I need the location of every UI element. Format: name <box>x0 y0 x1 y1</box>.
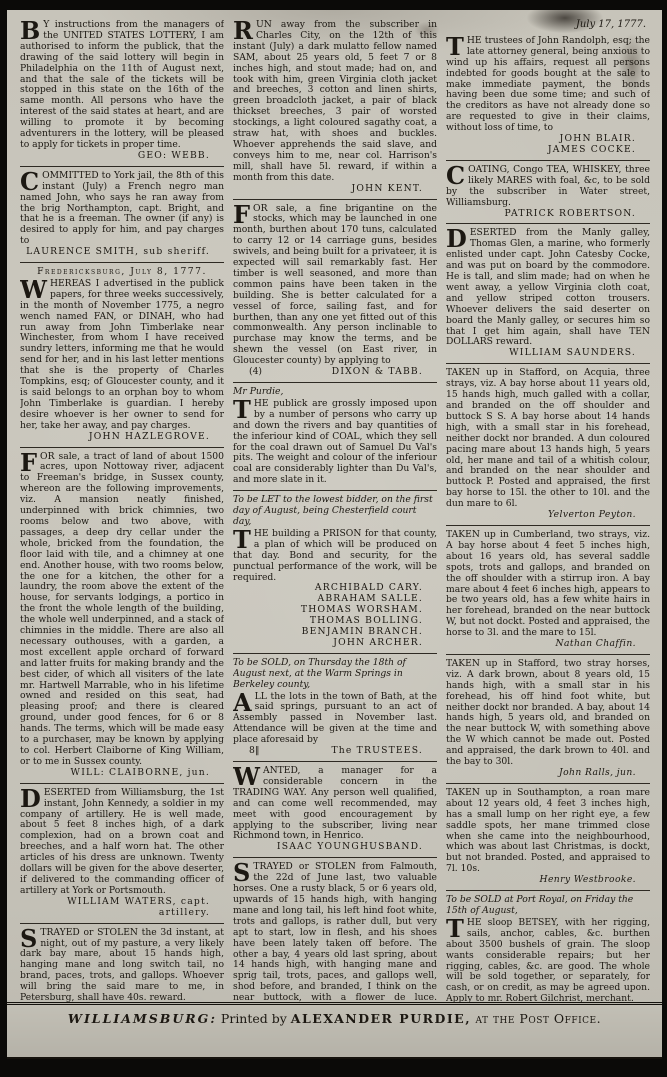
ad: To be LET to the lowest bidder, on the f… <box>233 490 437 652</box>
drop-cap: S <box>20 928 40 949</box>
ad-heading: Mr Purdie, <box>233 387 437 398</box>
drop-cap: T <box>233 529 254 550</box>
drop-cap: R <box>233 20 256 41</box>
ad-signature: WILLIAM WATERS, capt. artillery. <box>20 897 224 919</box>
ad-body: ALL the lots in the town of Bath, at the… <box>233 692 437 747</box>
ad-signature: LAURENCE SMITH, sub sheriff. <box>20 247 224 258</box>
ad-body: COATING, Congo TEA, WHISKEY, three likel… <box>446 165 650 209</box>
ad-signature: (4)DIXON & TABB. <box>233 367 437 378</box>
ad-body: THE publick are grossly imposed upon by … <box>233 399 437 486</box>
ad-signature: Nathan Chaffin. <box>446 639 650 650</box>
ad-signature: 8‖The TRUSTEES. <box>233 746 437 757</box>
imprint-printer-name: ALEXANDER PURDIE, <box>291 1011 471 1026</box>
ad-body: DESERTED from Williamsburg, the 1st inst… <box>20 788 224 897</box>
ad-signature: Yelverton Peyton. <box>446 510 650 521</box>
drop-cap: C <box>446 165 468 186</box>
ad: STRAYED or STOLEN the 3d instant, at nig… <box>20 923 224 1008</box>
ad-body: THE building a PRISON for that county, a… <box>233 529 437 584</box>
ad-body: TAKEN up in Stafford, two stray horses, … <box>446 659 650 768</box>
ad-signature: JAMES COCKE. <box>446 145 650 156</box>
drop-cap: T <box>233 399 254 420</box>
ad-body: TAKEN up in Stafford, on Acquia, three s… <box>446 368 650 510</box>
ad-signature: WILLIAM SAUNDERS. <box>446 348 650 359</box>
ad-signature: PATRICK ROBERTSON. <box>446 209 650 220</box>
ad-signature: GEO: WEBB. <box>20 151 224 162</box>
ad-signature: JOHN ARCHER. <box>233 638 437 649</box>
column-2: RUN away from the subscriber in Charles … <box>233 18 437 1008</box>
column-3: July 17, 1777.THE trustees of John Rando… <box>446 18 650 1008</box>
ad: To be SOLD at Port Royal, on Friday the … <box>446 890 650 1008</box>
ad-body: WANTED, a manager for a considerable con… <box>233 766 437 842</box>
ad: To be SOLD, on Thursday the 18th of Augu… <box>233 653 437 760</box>
ad-body: THE sloop BETSEY, with her rigging, sail… <box>446 918 650 1005</box>
ad-body: FOR sale, a tract of land of about 1500 … <box>20 452 224 768</box>
ad-heading: To be LET to the lowest bidder, on the f… <box>233 495 437 528</box>
ad: COATING, Congo TEA, WHISKEY, three likel… <box>446 160 650 223</box>
drop-cap: W <box>20 279 50 300</box>
drop-cap: B <box>20 20 43 41</box>
ad-body: TAKEN up in Cumberland, two strays, viz.… <box>446 530 650 639</box>
paper-sheet: BY instructions from the managers of the… <box>7 10 662 1059</box>
ad-heading: Fredericksburg, July 8, 1777. <box>20 267 224 278</box>
drop-cap: T <box>446 36 467 57</box>
ad: STRAYED or STOLEN from Falmouth, the 22d… <box>233 857 437 1008</box>
drop-cap: W <box>233 766 263 787</box>
ad-body: COMMITTED to York jail, the 8th of this … <box>20 171 224 247</box>
ad: DESERTED from Williamsburg, the 1st inst… <box>20 783 224 922</box>
newspaper-page: BY instructions from the managers of the… <box>0 0 667 1077</box>
imprint-printed-by: Printed by <box>217 1011 291 1026</box>
drop-cap: A <box>233 692 255 713</box>
ad-signature: JOHN HAZLEGROVE. <box>20 432 224 443</box>
ad-body: BY instructions from the managers of the… <box>20 20 224 151</box>
imprint-line: WILLIAMSBURG: Printed by ALEXANDER PURDI… <box>7 1002 662 1059</box>
ad-signature: JOHN KENT. <box>233 184 437 195</box>
signature-note: (4) <box>233 367 262 378</box>
ad: BY instructions from the managers of the… <box>20 18 224 165</box>
ad-heading: To be SOLD, on Thursday the 18th of Augu… <box>233 658 437 691</box>
drop-cap: T <box>446 918 467 939</box>
ad: THE trustees of John Randolph, esq; the … <box>446 34 650 159</box>
columns-container: BY instructions from the managers of the… <box>7 10 662 1008</box>
ad: TAKEN up in Stafford, two stray horses, … <box>446 654 650 782</box>
imprint-city: WILLIAMSBURG: <box>68 1011 217 1026</box>
ad-signature: ISAAC YOUNGHUSBAND. <box>233 842 437 853</box>
ad-body: DESERTED from the Manly galley, Thomas G… <box>446 228 650 348</box>
drop-cap: S <box>233 862 253 883</box>
drop-cap: F <box>233 204 253 225</box>
ad: COMMITTED to York jail, the 8th of this … <box>20 166 224 261</box>
ad-signature: WILL: CLAIBORNE, jun. <box>20 768 224 779</box>
ad: TAKEN up in Stafford, on Acquia, three s… <box>446 363 650 524</box>
date-line: July 17, 1777. <box>446 18 650 34</box>
signature-note: 8‖ <box>233 746 259 757</box>
ad: Fredericksburg, July 8, 1777.WHEREAS I a… <box>20 262 224 446</box>
ad-body: THE trustees of John Randolph, esq; the … <box>446 36 650 134</box>
ad-body: STRAYED or STOLEN from Falmouth, the 22d… <box>233 862 437 1008</box>
drop-cap: D <box>20 788 44 809</box>
ad-body: STRAYED or STOLEN the 3d instant, at nig… <box>20 928 224 1004</box>
ad: WANTED, a manager for a considerable con… <box>233 761 437 856</box>
ad-signature: Henry Westbrooke. <box>446 875 650 886</box>
ad-body: RUN away from the subscriber in Charles … <box>233 20 437 184</box>
drop-cap: C <box>20 171 42 192</box>
column-1: BY instructions from the managers of the… <box>20 18 224 1008</box>
ad: TAKEN up in Cumberland, two strays, viz.… <box>446 525 650 653</box>
ad: DESERTED from the Manly galley, Thomas G… <box>446 223 650 362</box>
ad-body: WHEREAS I advertised in the publick pape… <box>20 279 224 432</box>
ad: RUN away from the subscriber in Charles … <box>233 18 437 198</box>
ad-heading: To be SOLD at Port Royal, on Friday the … <box>446 895 650 917</box>
ad: TAKEN up in Southampton, a roan mare abo… <box>446 783 650 889</box>
drop-cap: F <box>20 452 40 473</box>
ad: FOR sale, a fine brigantine on the stock… <box>233 199 437 382</box>
ad-body: TAKEN up in Southampton, a roan mare abo… <box>446 788 650 875</box>
ad-signature: John Ralls, jun. <box>446 768 650 779</box>
imprint-location: at the Post Office. <box>471 1011 601 1026</box>
ad: FOR sale, a tract of land of about 1500 … <box>20 447 224 782</box>
drop-cap: D <box>446 228 470 249</box>
ad-body: FOR sale, a fine brigantine on the stock… <box>233 204 437 368</box>
ad: Mr Purdie,THE publick are grossly impose… <box>233 382 437 489</box>
